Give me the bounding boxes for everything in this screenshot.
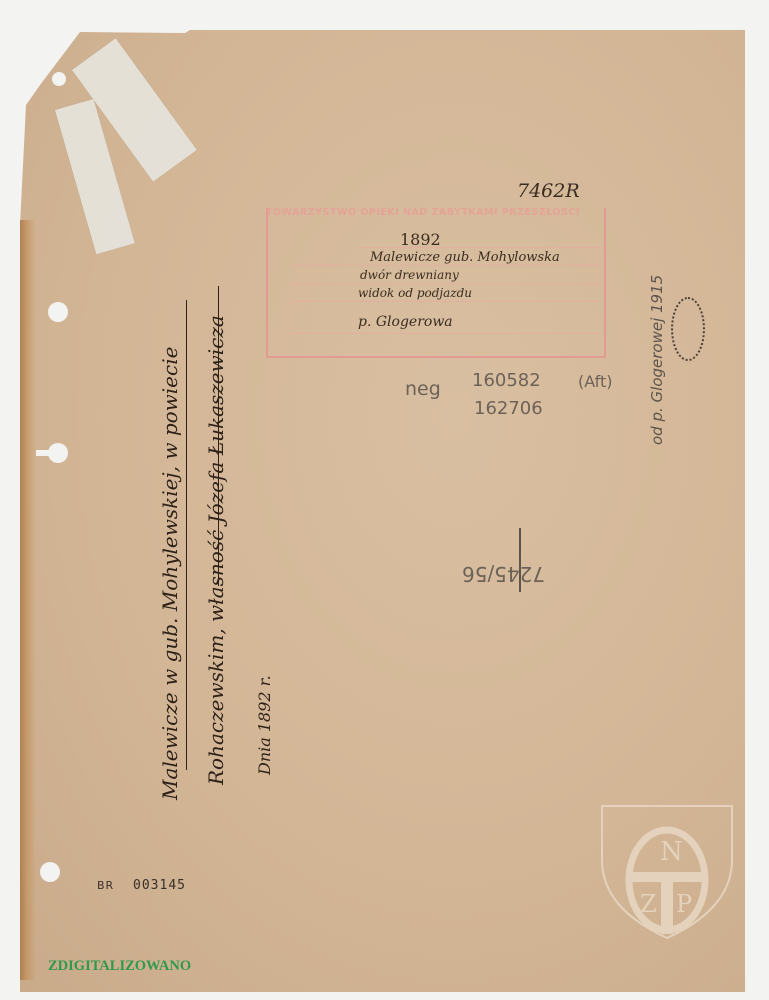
stamp-view: widok od podjazdu (358, 286, 472, 300)
torn-notch (52, 72, 66, 86)
stamp-rule (360, 247, 600, 248)
digitized-label: ZDIGITALIZOWANO (48, 958, 191, 975)
punch-hole (48, 443, 68, 463)
stamp-rule (290, 283, 600, 284)
stamp-location: Malewicze gub. Mohylowska (370, 250, 560, 265)
inverted-note: 7245/56 (462, 562, 545, 586)
stamp-object: dwór drewniany (360, 268, 459, 282)
punch-hole-slot (36, 450, 50, 456)
inscription-line-1: Malewicze w gub. Mohylewskiej, w powieci… (158, 347, 182, 800)
stamp-source: p. Glogerowa (358, 314, 453, 330)
inscription-underline (186, 300, 187, 770)
inscription-line-3: Dnia 1892 r. (255, 675, 274, 775)
negative-label: neg (405, 378, 441, 400)
inventory-value: 003145 (133, 878, 186, 893)
shield-logo-icon: N Z P (598, 800, 736, 940)
vertical-provenance-note: od p. Glogerowej 1915 (648, 275, 666, 445)
negative-note: (Aft) (578, 372, 612, 391)
punch-hole (40, 862, 60, 882)
inventory-prefix: BR (97, 879, 114, 892)
svg-text:P: P (676, 890, 692, 918)
inventory-number: BR 003145 (97, 878, 186, 893)
negative-number-1: 160582 (472, 370, 541, 391)
catalog-number: 7462R (517, 180, 580, 202)
punch-hole (48, 302, 68, 322)
stamp-rule (290, 265, 600, 266)
negative-number-2: 162706 (474, 398, 543, 419)
inscription-line-2: Rohaczewskim, własność Józefa Łukaszewic… (204, 315, 228, 785)
svg-text:N: N (660, 837, 683, 867)
inverted-note-divider (519, 528, 521, 592)
inscription-underline (218, 286, 219, 586)
oval-ink-stamp (671, 297, 705, 361)
svg-text:Z: Z (640, 890, 657, 918)
stamp-rule (290, 301, 600, 302)
stamp-rule (290, 333, 600, 334)
edge-stain (20, 220, 36, 980)
stamp-year: 1892 (400, 230, 441, 249)
